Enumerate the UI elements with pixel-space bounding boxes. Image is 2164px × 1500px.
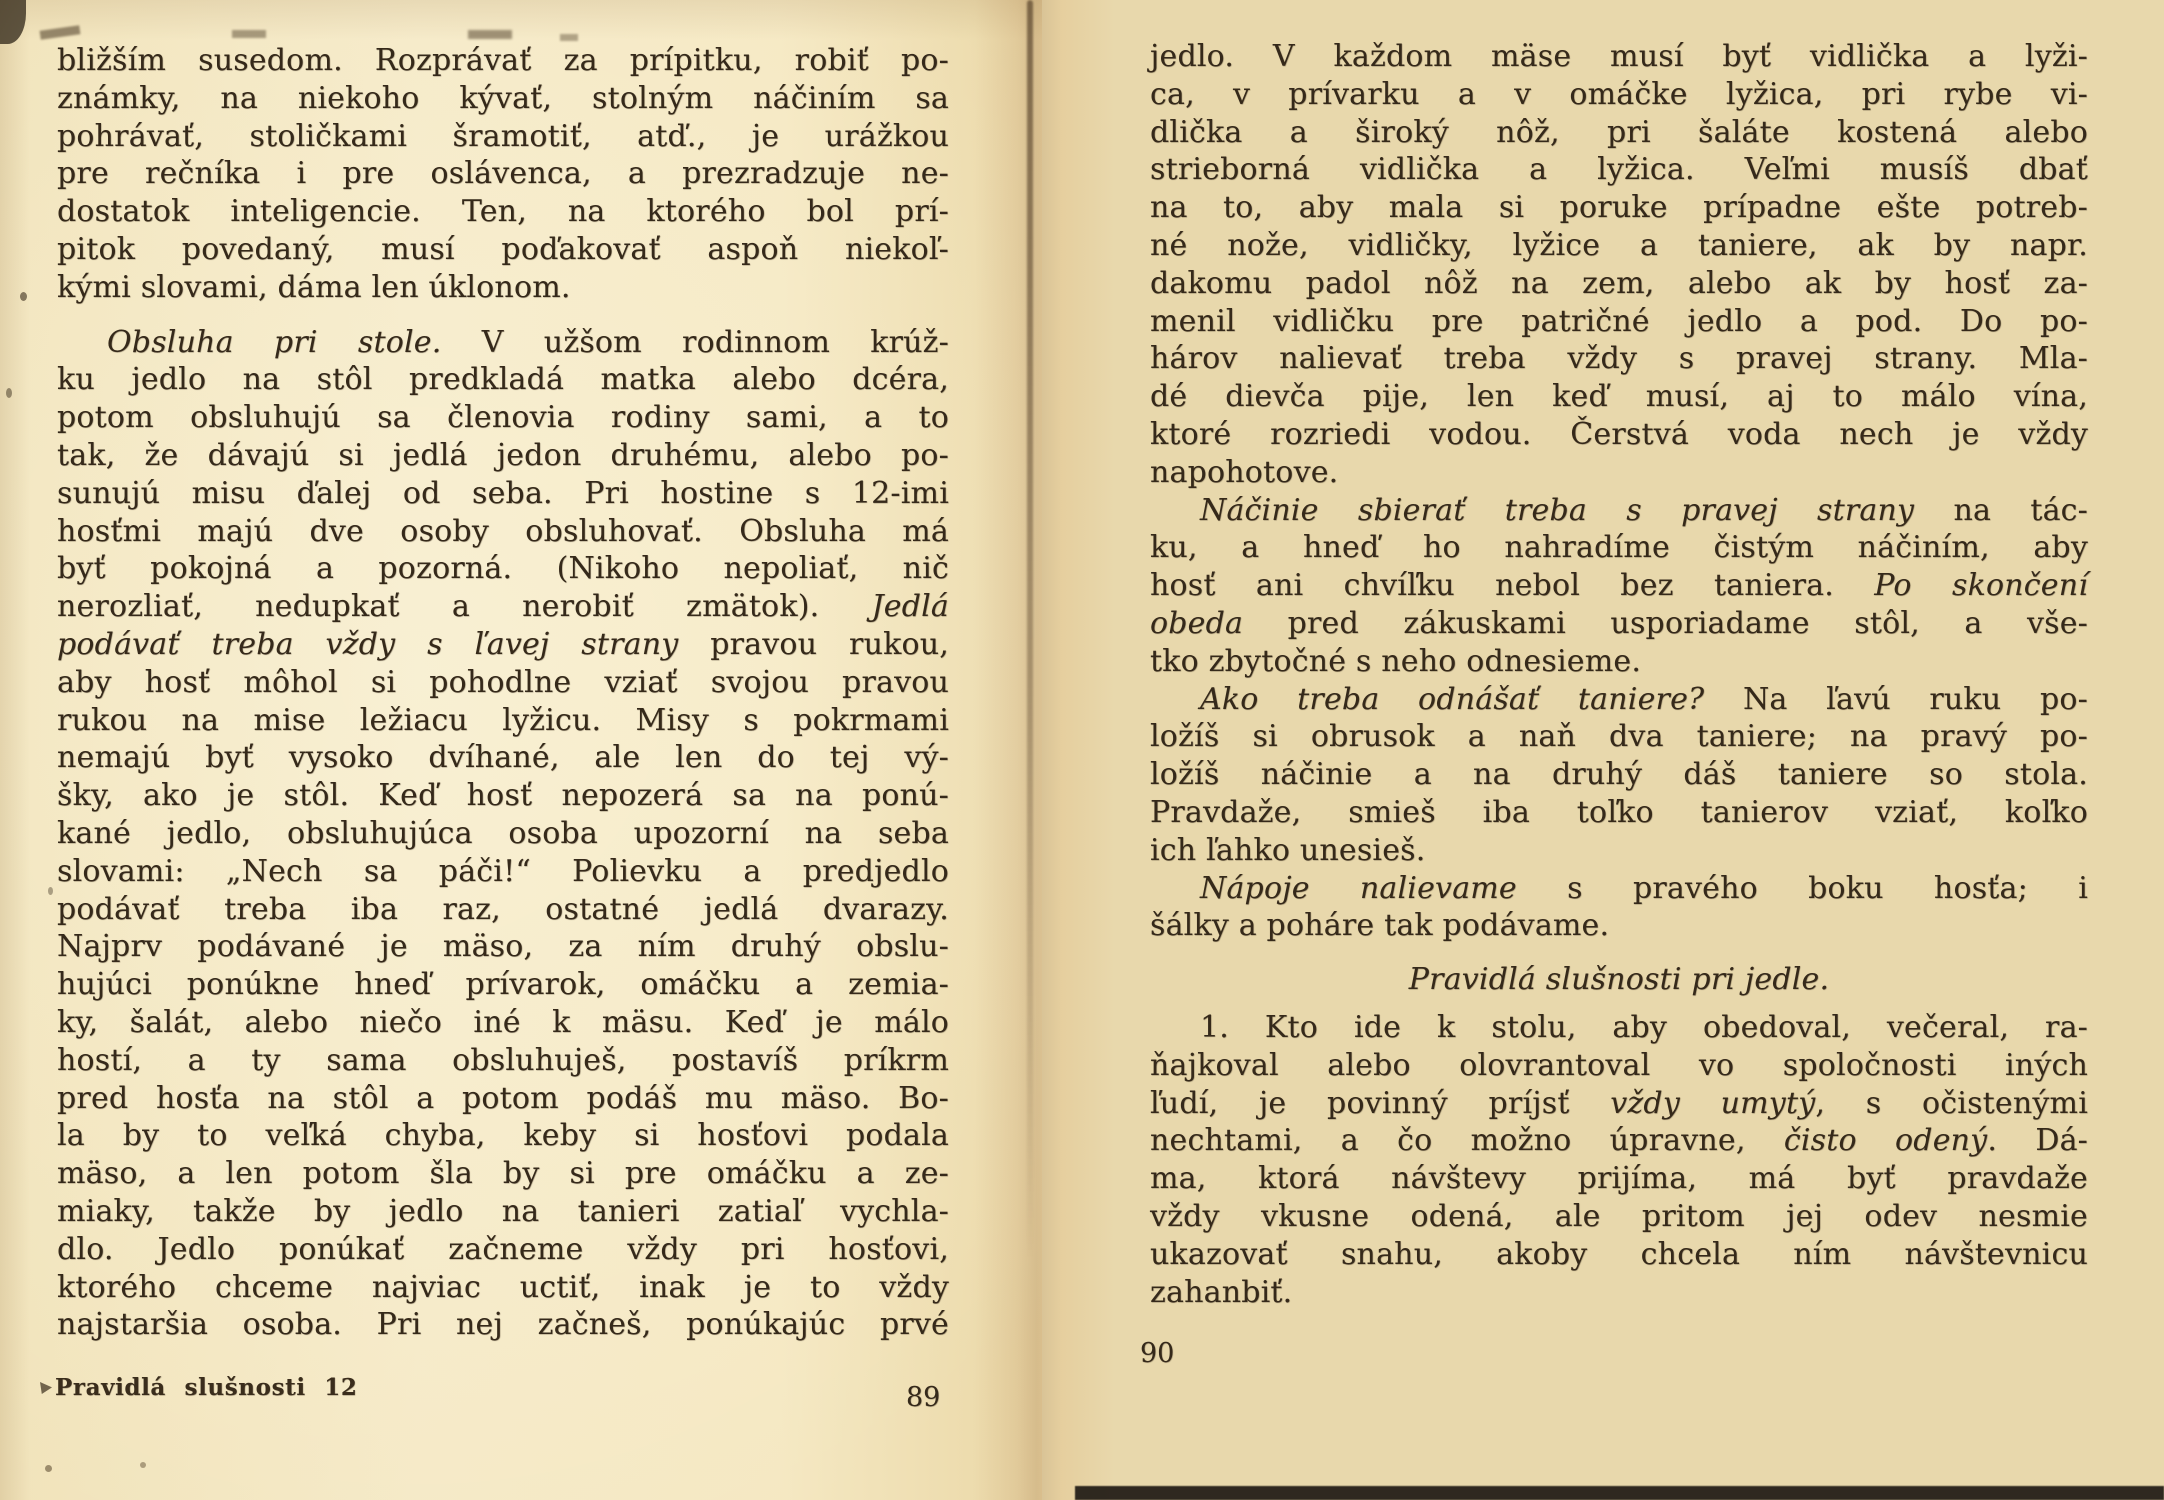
scan-speck bbox=[468, 30, 512, 39]
text: hárov nalievať treba vždy s pravej stran… bbox=[1150, 341, 2088, 376]
text-line: obeda pred zákuskami usporiadame stôl, a… bbox=[1150, 605, 2088, 643]
text: strieborná vidlička a lyžica. Veľmi musí… bbox=[1150, 152, 2088, 187]
text: Na ľavú ruku po- bbox=[1704, 682, 2088, 717]
text: pred hosťa na stôl a potom podáš mu mäso… bbox=[57, 1081, 949, 1116]
text-line: nemajú byť vysoko dvíhané, ale len do te… bbox=[57, 739, 949, 777]
text: s pravého boku hosťa; i bbox=[1517, 871, 2088, 906]
text: ktoré rozriedi vodou. Čerstvá voda nech … bbox=[1150, 417, 2088, 452]
italic-text: Náčinie sbierať treba s pravej strany bbox=[1200, 493, 1914, 528]
text: mäso, a len potom šla by si pre omáčku a… bbox=[57, 1156, 949, 1191]
text: Najprv podávané je mäso, za ním druhý ob… bbox=[57, 929, 949, 964]
italic-text: čisto odený bbox=[1784, 1123, 1987, 1158]
text-line: Nápoje nalievame s pravého boku hosťa; i bbox=[1150, 870, 2088, 908]
text-line: Obsluha pri stole. V užšom rodinnom krúž… bbox=[57, 324, 949, 362]
text: šálky a poháre tak podávame. bbox=[1150, 908, 1609, 943]
text: dostatok inteligencie. Ten, na ktorého b… bbox=[57, 194, 949, 229]
scan-speck bbox=[560, 34, 578, 41]
text-line: ich ľahko unesieš. bbox=[1150, 832, 2088, 870]
text-line: podávať treba iba raz, ostatné jedlá dva… bbox=[57, 891, 949, 929]
text-line: Najprv podávané je mäso, za ním druhý ob… bbox=[57, 928, 949, 966]
scan-speck bbox=[45, 1465, 52, 1472]
text: vždy vkusne odená, ale pritom jej odev n… bbox=[1150, 1199, 2088, 1234]
text-line: Náčinie sbierať treba s pravej strany na… bbox=[1150, 492, 2088, 530]
text: zahanbiť. bbox=[1150, 1275, 1292, 1310]
text-line: la by to veľká chyba, keby si hosťovi po… bbox=[57, 1117, 949, 1155]
text: pohrávať, stoličkami šramotiť, atď., je … bbox=[57, 119, 949, 154]
page-number-right: 90 bbox=[1140, 1338, 1174, 1369]
text-line: nerozliať, nedupkať a nerobiť zmätok). J… bbox=[57, 588, 949, 626]
text-line: ktoré rozriedi vodou. Čerstvá voda nech … bbox=[1150, 416, 2088, 454]
book-scan: bližším susedom. Rozprávať za prípitku, … bbox=[0, 0, 2164, 1500]
text: hostí, a ty sama obsluhuješ, postavíš pr… bbox=[57, 1043, 949, 1078]
text: ku, a hneď ho nahradíme čistým náčiním, … bbox=[1150, 530, 2088, 565]
text: kými slovami, dáma len úklonom. bbox=[57, 270, 571, 305]
text: nemajú byť vysoko dvíhané, ale len do te… bbox=[57, 740, 949, 775]
text-line: najstaršia osoba. Pri nej začneš, ponúka… bbox=[57, 1306, 949, 1344]
text-line: 1. Kto ide k stolu, aby obedoval, večera… bbox=[1150, 1009, 2088, 1047]
page-gutter-line bbox=[1027, 0, 1033, 1260]
italic-text: Jedlá bbox=[872, 589, 949, 624]
text-line: bližším susedom. Rozprávať za prípitku, … bbox=[57, 42, 949, 80]
text-line: pre rečníka i pre oslávenca, a prezradzu… bbox=[57, 155, 949, 193]
footer-signature: Pravidlá slušnosti 12 bbox=[55, 1374, 358, 1401]
text: napohotove. bbox=[1150, 455, 1338, 490]
text-line: ložíš náčinie a na druhý dáš taniere so … bbox=[1150, 756, 2088, 794]
text: ca, v prívarku a v omáčke lyžica, pri ry… bbox=[1150, 77, 2088, 112]
text-line: ca, v prívarku a v omáčke lyžica, pri ry… bbox=[1150, 76, 2088, 114]
text: né nože, vidličky, lyžice a taniere, ak … bbox=[1150, 228, 2088, 263]
text: sunujú misu ďalej od seba. Pri hostine s… bbox=[57, 476, 949, 511]
paragraph: Ako treba odnášať taniere? Na ľavú ruku … bbox=[1150, 681, 2088, 870]
text-line: pred hosťa na stôl a potom podáš mu mäso… bbox=[57, 1080, 949, 1118]
page-number-left: 89 bbox=[906, 1382, 940, 1413]
italic-text: podávať treba vždy s ľavej strany bbox=[57, 627, 678, 662]
text: pred zákuskami usporiadame stôl, a vše- bbox=[1243, 606, 2088, 641]
italic-text: Ako treba odnášať taniere? bbox=[1200, 682, 1704, 717]
text-line: menil vidličku pre patričné jedlo a pod.… bbox=[1150, 303, 2088, 341]
paragraph: bližším susedom. Rozprávať za prípitku, … bbox=[57, 42, 949, 307]
italic-text: Obsluha pri stole. bbox=[107, 325, 442, 360]
text: ložíš náčinie a na druhý dáš taniere so … bbox=[1150, 757, 2088, 792]
text-line: nechtami, a čo možno úpravne, čisto oden… bbox=[1150, 1122, 2088, 1160]
text: nerozliať, nedupkať a nerobiť zmätok). bbox=[57, 589, 872, 624]
text-line: hosťmi majú dve osoby obsluhovať. Obsluh… bbox=[57, 513, 949, 551]
text-line: ma, ktorá návštevy prijíma, má byť pravd… bbox=[1150, 1160, 2088, 1198]
text: ľudí, je povinný príjsť bbox=[1150, 1086, 1610, 1121]
text-line: pohrávať, stoličkami šramotiť, atď., je … bbox=[57, 118, 949, 156]
text-line: hujúci ponúkne hneď prívarok, omáčku a z… bbox=[57, 966, 949, 1004]
italic-text: Nápoje nalievame bbox=[1200, 871, 1517, 906]
text-line: na to, aby mala si poruke prípadne ešte … bbox=[1150, 189, 2088, 227]
text-line: byť pokojná a pozorná. (Nikoho nepoliať,… bbox=[57, 550, 949, 588]
text-line: dostatok inteligencie. Ten, na ktorého b… bbox=[57, 193, 949, 231]
text-line: napohotove. bbox=[1150, 454, 2088, 492]
text-line: né nože, vidličky, lyžice a taniere, ak … bbox=[1150, 227, 2088, 265]
text: pravou rukou, bbox=[678, 627, 949, 662]
left-page-text: bližším susedom. Rozprávať za prípitku, … bbox=[57, 42, 949, 1344]
text-line: kané jedlo, obsluhujúca osoba upozorní n… bbox=[57, 815, 949, 853]
text: Pravdaže, smieš iba toľko tanierov vziať… bbox=[1150, 795, 2088, 830]
text-line: Pravdaže, smieš iba toľko tanierov vziať… bbox=[1150, 794, 2088, 832]
scan-speck bbox=[140, 1462, 146, 1468]
text: bližším susedom. Rozprávať za prípitku, … bbox=[57, 43, 949, 78]
text-line: ky, šalát, alebo niečo iné k mäsu. Keď j… bbox=[57, 1004, 949, 1042]
text-line: dlo. Jedlo ponúkať začneme vždy pri hosť… bbox=[57, 1231, 949, 1269]
text: , s očistenými bbox=[1815, 1086, 2088, 1121]
text-line: strieborná vidlička a lyžica. Veľmi musí… bbox=[1150, 151, 2088, 189]
text-line: ľudí, je povinný príjsť vždy umytý, s oč… bbox=[1150, 1085, 2088, 1123]
text-line: tak, že dávajú si jedlá jedon druhému, a… bbox=[57, 437, 949, 475]
text: rukou na mise ležiacu lyžicu. Misy s pok… bbox=[57, 703, 949, 738]
text: hosťmi majú dve osoby obsluhovať. Obsluh… bbox=[57, 514, 949, 549]
text: ukazovať snahu, akoby chcela ním návštev… bbox=[1150, 1237, 2088, 1272]
text-line: ku jedlo na stôl predkladá matka alebo d… bbox=[57, 361, 949, 399]
text-line: ku, a hneď ho nahradíme čistým náčiním, … bbox=[1150, 529, 2088, 567]
paragraph: Nápoje nalievame s pravého boku hosťa; i… bbox=[1150, 870, 2088, 946]
text-line: zahanbiť. bbox=[1150, 1274, 2088, 1312]
text-line: sunujú misu ďalej od seba. Pri hostine s… bbox=[57, 475, 949, 513]
text: ku jedlo na stôl predkladá matka alebo d… bbox=[57, 362, 949, 397]
text-line: Ako treba odnášať taniere? Na ľavú ruku … bbox=[1150, 681, 2088, 719]
text: potom obsluhujú sa členovia rodiny sami,… bbox=[57, 400, 949, 435]
text: na to, aby mala si poruke prípadne ešte … bbox=[1150, 190, 2088, 225]
text-line: ukazovať snahu, akoby chcela ním návštev… bbox=[1150, 1236, 2088, 1274]
text: ňajkoval alebo olovrantoval vo spoločnos… bbox=[1150, 1048, 2088, 1083]
text: ktorého chceme najviac uctiť, inak je to… bbox=[57, 1270, 949, 1305]
text-line: ktorého chceme najviac uctiť, inak je to… bbox=[57, 1269, 949, 1307]
text: podávať treba iba raz, ostatné jedlá dva… bbox=[57, 892, 949, 927]
text: jedlo. V každom mäse musí byť vidlička a… bbox=[1150, 39, 2088, 74]
paragraph: jedlo. V každom mäse musí byť vidlička a… bbox=[1150, 38, 2088, 492]
text-line: šky, ako je stôl. Keď hosť nepozerá sa n… bbox=[57, 777, 949, 815]
text-line: hárov nalievať treba vždy s pravej stran… bbox=[1150, 340, 2088, 378]
text-line: dé dievča pije, len keď musí, aj to málo… bbox=[1150, 378, 2088, 416]
page-gutter-shadow bbox=[975, 0, 1115, 1500]
text: najstaršia osoba. Pri nej začneš, ponúka… bbox=[57, 1307, 949, 1342]
scan-edge-artifact bbox=[1075, 1486, 2164, 1500]
text: byť pokojná a pozorná. (Nikoho nepoliať,… bbox=[57, 551, 949, 586]
text: ky, šalát, alebo niečo iné k mäsu. Keď j… bbox=[57, 1005, 949, 1040]
text: známky, na niekoho kývať, stolným náčiní… bbox=[57, 81, 949, 116]
text-line: dakomu padol nôž na zem, alebo ak by hos… bbox=[1150, 265, 2088, 303]
text-line: kými slovami, dáma len úklonom. bbox=[57, 269, 949, 307]
text: miaky, takže by jedlo na tanieri zatiaľ … bbox=[57, 1194, 949, 1229]
text: na tác- bbox=[1914, 493, 2088, 528]
text-line: šálky a poháre tak podávame. bbox=[1150, 907, 2088, 945]
text-line: rukou na mise ležiacu lyžicu. Misy s pok… bbox=[57, 702, 949, 740]
text-line: dlička a široký nôž, pri šaláte kostená … bbox=[1150, 114, 2088, 152]
text: . Dá- bbox=[1987, 1123, 2088, 1158]
paragraph: 1. Kto ide k stolu, aby obedoval, večera… bbox=[1150, 1009, 2088, 1311]
text: ma, ktorá návštevy prijíma, má byť pravd… bbox=[1150, 1161, 2088, 1196]
text: menil vidličku pre patričné jedlo a pod.… bbox=[1150, 304, 2088, 339]
text-line: vždy vkusne odená, ale pritom jej odev n… bbox=[1150, 1198, 2088, 1236]
text-line: známky, na niekoho kývať, stolným náčiní… bbox=[57, 80, 949, 118]
italic-text: Po skončení bbox=[1874, 568, 2088, 603]
text: ich ľahko unesieš. bbox=[1150, 833, 1426, 868]
text-line: aby hosť môhol si pohodlne vziať svojou … bbox=[57, 664, 949, 702]
text: la by to veľká chyba, keby si hosťovi po… bbox=[57, 1118, 949, 1153]
section-heading: Pravidlá slušnosti pri jedle. bbox=[1150, 961, 2088, 999]
text: kané jedlo, obsluhujúca osoba upozorní n… bbox=[57, 816, 949, 851]
scan-speck bbox=[232, 30, 266, 38]
text: tko zbytočné s neho odnesieme. bbox=[1150, 644, 1641, 679]
italic-text: obeda bbox=[1150, 606, 1243, 641]
text: slovami: „Nech sa páči!“ Polievku a pred… bbox=[57, 854, 949, 889]
text: dé dievča pije, len keď musí, aj to málo… bbox=[1150, 379, 2088, 414]
text-line: hosť ani chvíľku nebol bez taniera. Po s… bbox=[1150, 567, 2088, 605]
text-line: tko zbytočné s neho odnesieme. bbox=[1150, 643, 2088, 681]
text-line: jedlo. V každom mäse musí byť vidlička a… bbox=[1150, 38, 2088, 76]
text: dakomu padol nôž na zem, alebo ak by hos… bbox=[1150, 266, 2088, 301]
text-line: potom obsluhujú sa členovia rodiny sami,… bbox=[57, 399, 949, 437]
paragraph: Obsluha pri stole. V užšom rodinnom krúž… bbox=[57, 324, 949, 1345]
right-page-text: jedlo. V každom mäse musí byť vidlička a… bbox=[1150, 38, 2088, 1311]
italic-text: vždy umytý bbox=[1610, 1086, 1815, 1121]
text: 1. Kto ide k stolu, aby obedoval, večera… bbox=[1200, 1010, 2088, 1045]
text: hosť ani chvíľku nebol bez taniera. bbox=[1150, 568, 1874, 603]
text: pitok povedaný, musí poďakovať aspoň nie… bbox=[57, 232, 949, 267]
text: ložíš si obrusok a naň dva taniere; na p… bbox=[1150, 719, 2088, 754]
scan-speck bbox=[20, 292, 27, 301]
text-line: ložíš si obrusok a naň dva taniere; na p… bbox=[1150, 718, 2088, 756]
text: hujúci ponúkne hneď prívarok, omáčku a z… bbox=[57, 967, 949, 1002]
text-line: mäso, a len potom šla by si pre omáčku a… bbox=[57, 1155, 949, 1193]
text: šky, ako je stôl. Keď hosť nepozerá sa n… bbox=[57, 778, 949, 813]
paragraph: Náčinie sbierať treba s pravej strany na… bbox=[1150, 492, 2088, 681]
text-line: slovami: „Nech sa páči!“ Polievku a pred… bbox=[57, 853, 949, 891]
text: tak, že dávajú si jedlá jedon druhému, a… bbox=[57, 438, 949, 473]
text-line: podávať treba vždy s ľavej strany pravou… bbox=[57, 626, 949, 664]
scan-speck bbox=[48, 887, 53, 895]
text: dlička a široký nôž, pri šaláte kostená … bbox=[1150, 115, 2088, 150]
text-line: miaky, takže by jedlo na tanieri zatiaľ … bbox=[57, 1193, 949, 1231]
text: dlo. Jedlo ponúkať začneme vždy pri hosť… bbox=[57, 1232, 949, 1267]
text: pre rečníka i pre oslávenca, a prezradzu… bbox=[57, 156, 949, 191]
text: aby hosť môhol si pohodlne vziať svojou … bbox=[57, 665, 949, 700]
scan-speck bbox=[6, 388, 12, 398]
text: V užšom rodinnom krúž- bbox=[442, 325, 950, 360]
text-line: pitok povedaný, musí poďakovať aspoň nie… bbox=[57, 231, 949, 269]
text: nechtami, a čo možno úpravne, bbox=[1150, 1123, 1784, 1158]
text-line: hostí, a ty sama obsluhuješ, postavíš pr… bbox=[57, 1042, 949, 1080]
text-line: ňajkoval alebo olovrantoval vo spoločnos… bbox=[1150, 1047, 2088, 1085]
